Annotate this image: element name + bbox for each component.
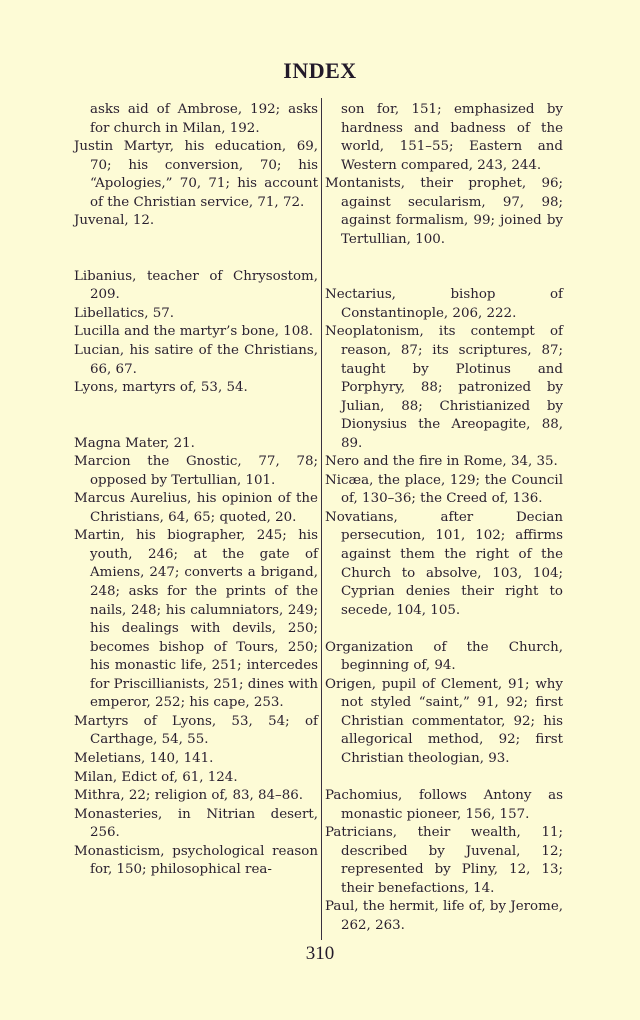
index-entry: Martyrs of Lyons, 53, 54; of Carthage, 5… [74, 713, 318, 750]
index-entry: Patricians, their wealth, 11; described … [325, 824, 563, 898]
index-entry: Montanists, their prophet, 96; against s… [325, 175, 563, 249]
letter-section-gap [325, 268, 563, 287]
page-number: 310 [0, 943, 640, 965]
index-entry: Mithra, 22; religion of, 83, 84–86. [74, 787, 318, 806]
index-entry: Organization of the Church, beginning of… [325, 639, 563, 676]
index-entry: Nero and the fire in Rome, 34, 35. [325, 453, 563, 472]
index-entry: Nicæa, the place, 129; the Council of, 1… [325, 472, 563, 509]
index-column-left: asks aid of Ambrose, 192; asks for churc… [74, 101, 318, 880]
index-entry: Pachomius, follows Antony as monastic pi… [325, 787, 563, 824]
letter-section-gap [325, 769, 563, 788]
index-entry: Neoplatonism, its contempt of reason, 87… [325, 323, 563, 453]
letter-section-gap [74, 231, 318, 250]
index-entry: Meletians, 140, 141. [74, 750, 318, 769]
index-entry: son for, 151; emphasized by hardness and… [325, 101, 563, 175]
index-entry: Origen, pupil of Clement, 91; why not st… [325, 676, 563, 769]
letter-section-gap [74, 249, 318, 268]
index-entry: Lyons, martyrs of, 53, 54. [74, 379, 318, 398]
index-entry: Marcus Aurelius, his opinion of the Chri… [74, 490, 318, 527]
index-entry: Lucilla and the martyr’s bone, 108. [74, 323, 318, 342]
index-entry: Monasticism, psychological reason for, 1… [74, 843, 318, 880]
index-entry: Magna Mater, 21. [74, 435, 318, 454]
index-entry: Nectarius, bishop of Constantinople, 206… [325, 286, 563, 323]
letter-section-gap [325, 620, 563, 639]
index-entry: Monasteries, in Nitrian desert, 256. [74, 806, 318, 843]
index-entry: Libellatics, 57. [74, 305, 318, 324]
index-entry: Martin, his biographer, 245; his youth, … [74, 527, 318, 712]
index-entry: asks aid of Ambrose, 192; asks for churc… [74, 101, 318, 138]
index-entry: Paul, the hermit, life of, by Jerome, 26… [325, 898, 563, 935]
index-entry: Novatians, after Decian persecution, 101… [325, 509, 563, 620]
index-entry: Juvenal, 12. [74, 212, 318, 231]
page-title: INDEX [0, 58, 640, 84]
index-entry: Justin Martyr, his education, 69, 70; hi… [74, 138, 318, 212]
column-divider [321, 98, 322, 940]
index-entry: Lucian, his satire of the Christians, 66… [74, 342, 318, 379]
letter-section-gap [74, 416, 318, 435]
index-entry: Marcion the Gnostic, 77, 78; opposed by … [74, 453, 318, 490]
index-entry: Milan, Edict of, 61, 124. [74, 769, 318, 788]
letter-section-gap [74, 398, 318, 417]
index-entry: Libanius, teacher of Chrysostom, 209. [74, 268, 318, 305]
letter-section-gap [325, 249, 563, 268]
index-column-right: son for, 151; emphasized by hardness and… [325, 101, 563, 935]
